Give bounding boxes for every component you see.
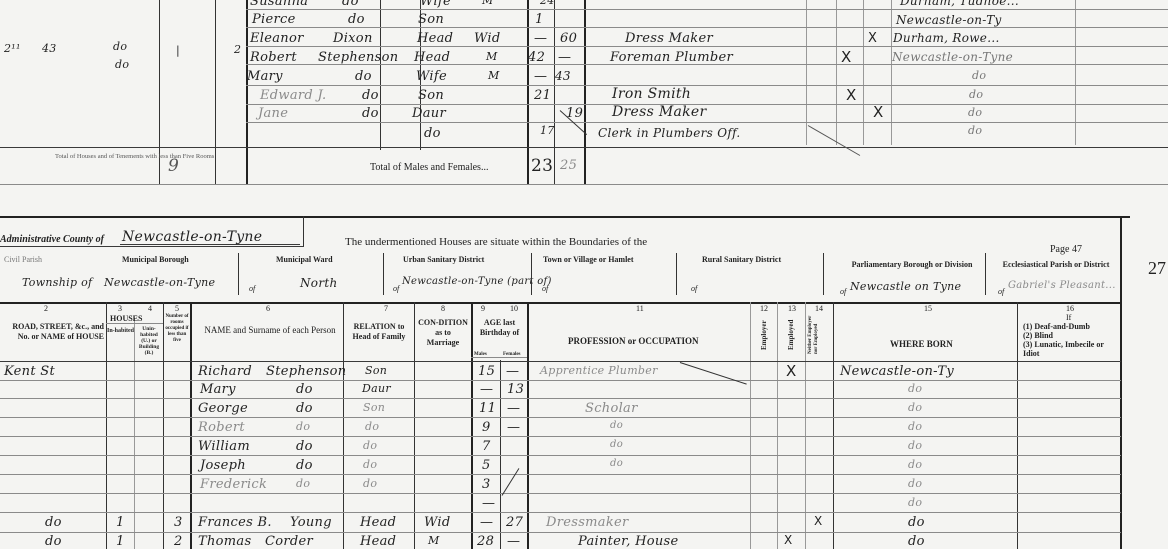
age-female: — bbox=[507, 420, 520, 435]
column-number: 2 bbox=[44, 304, 48, 313]
person-name: George bbox=[198, 401, 248, 416]
header-rooms: Number of rooms occupied if less than fi… bbox=[164, 314, 190, 344]
row-rule bbox=[0, 512, 1121, 513]
column-number: 5 bbox=[175, 304, 179, 313]
relation: Son bbox=[363, 401, 385, 414]
boundary-value-ward: North bbox=[300, 276, 338, 290]
employed-mark: X bbox=[846, 86, 856, 104]
occupation: Dressmaker bbox=[546, 515, 629, 530]
boundary-label-ecclesiastical: Ecclesiastical Parish or District bbox=[992, 260, 1120, 269]
row-rule bbox=[246, 27, 1168, 28]
header-if: If bbox=[1066, 313, 1071, 322]
person-surname: do bbox=[348, 12, 365, 27]
relation: Daur bbox=[412, 106, 446, 121]
person-surname: do bbox=[362, 106, 379, 121]
person-name: Thomas bbox=[198, 534, 251, 549]
row-rule bbox=[0, 417, 1121, 418]
person-name: Pierce bbox=[252, 12, 296, 27]
person-surname: Young bbox=[290, 515, 332, 530]
relation: Son bbox=[418, 12, 444, 27]
header-bottom-rule bbox=[0, 361, 1121, 362]
column-number: 10 bbox=[510, 304, 518, 313]
header-females: Females bbox=[503, 352, 521, 357]
of-prefix: of bbox=[998, 287, 1004, 296]
column-number: 4 bbox=[148, 304, 152, 313]
street-address: Kent St bbox=[4, 364, 55, 379]
row-rule bbox=[0, 184, 1168, 185]
person-surname: do bbox=[296, 401, 313, 416]
age-male: — bbox=[534, 31, 547, 46]
birthplace: do bbox=[969, 88, 983, 101]
column-number: 11 bbox=[636, 304, 644, 313]
column-number: 8 bbox=[441, 304, 445, 313]
occupation: do bbox=[610, 420, 623, 431]
header-condition: CON-DITION as to Marriage bbox=[418, 318, 468, 348]
person-name: Joseph bbox=[200, 458, 246, 473]
street-address: do bbox=[45, 534, 62, 549]
age-male: — bbox=[482, 496, 495, 511]
house-number: 43 bbox=[42, 42, 57, 55]
boundary-divider bbox=[531, 253, 532, 295]
of-prefix: of bbox=[840, 287, 846, 296]
boundary-label-rural-sanitary: Rural Sanitary District bbox=[702, 255, 781, 264]
relation: Son bbox=[365, 364, 387, 377]
birthplace: do bbox=[968, 106, 982, 119]
boundary-divider bbox=[238, 253, 239, 295]
occupation: Dress Maker bbox=[612, 104, 706, 120]
street-address: do bbox=[45, 515, 62, 530]
birthplace: do bbox=[908, 534, 925, 549]
condition: M bbox=[488, 69, 500, 82]
boundary-divider bbox=[676, 253, 677, 295]
schedule-number: 2¹¹ bbox=[4, 42, 21, 55]
person-surname: do bbox=[296, 458, 313, 473]
column-number: 14 bbox=[815, 304, 823, 313]
row-rule bbox=[0, 147, 1168, 148]
person-name: Edward J. bbox=[260, 88, 326, 103]
boundary-value-urban-sanitary: Newcastle-on-Tyne (part of) bbox=[402, 276, 552, 287]
of-prefix: of bbox=[542, 284, 548, 293]
relation: Head bbox=[360, 515, 396, 530]
employed-mark: X bbox=[784, 533, 792, 547]
of-prefix: of bbox=[249, 284, 255, 293]
column-rule bbox=[1075, 0, 1076, 145]
header-uninhabited: Unin-habited (U.) or Building (B.) bbox=[135, 326, 163, 356]
header-occupation: PROFESSION or OCCUPATION bbox=[568, 336, 699, 346]
boundary-label-parliamentary: Parliamentary Borough or Division bbox=[832, 260, 992, 269]
age-female: — bbox=[507, 401, 520, 416]
column-rule bbox=[380, 0, 381, 150]
condition: M bbox=[428, 534, 440, 547]
age-male: 15 bbox=[478, 364, 495, 379]
county-underline bbox=[120, 244, 300, 245]
header-males: Males bbox=[474, 352, 487, 357]
birthplace: Newcastle-on-Tyne bbox=[892, 50, 1013, 64]
employed-mark: X bbox=[786, 362, 796, 380]
boundary-value-ecclesiastical: Gabriel's Pleasant... bbox=[1008, 280, 1116, 291]
boundary-divider bbox=[985, 253, 986, 295]
houses-inhabited: | bbox=[176, 44, 180, 57]
column-number: 6 bbox=[266, 304, 270, 313]
age-male: 42 bbox=[528, 50, 545, 65]
county-value: Newcastle-on-Tyne bbox=[122, 229, 262, 245]
birthplace: do bbox=[908, 458, 922, 471]
page-number: Page 47 bbox=[1050, 244, 1082, 255]
person-name: Robert bbox=[198, 420, 245, 435]
age-male: 28 bbox=[477, 534, 494, 549]
header-inhabited: In-habited bbox=[107, 328, 134, 335]
boundary-intro: The undermentioned Houses are situate wi… bbox=[345, 236, 647, 248]
strike-line bbox=[808, 125, 860, 156]
person-surname: do bbox=[296, 477, 310, 490]
person-surname: do bbox=[355, 69, 372, 84]
header-top-rule bbox=[0, 302, 1121, 304]
persons-total-label: Total of Males and Females... bbox=[370, 162, 488, 173]
condition: Wid bbox=[424, 515, 451, 530]
males-total: 23 bbox=[531, 156, 553, 176]
street-ditto: do bbox=[113, 40, 127, 53]
person-surname: do bbox=[342, 0, 359, 9]
occupation: Apprentice Plumber bbox=[540, 364, 658, 377]
header-street: ROAD, STREET, &c., and No. or NAME of HO… bbox=[2, 322, 104, 342]
row-rule bbox=[246, 85, 1168, 86]
birthplace: Durham, Rowe... bbox=[893, 31, 1000, 45]
column-rule bbox=[891, 0, 892, 145]
relation: Head bbox=[414, 50, 450, 65]
row-rule bbox=[246, 9, 1168, 10]
own-account-mark: X bbox=[814, 514, 822, 528]
boundary-divider bbox=[823, 253, 824, 295]
person-name: Robert bbox=[250, 50, 297, 65]
header-own-account: Neither Employer nor Employed bbox=[808, 314, 820, 354]
age-male: — bbox=[480, 382, 493, 397]
header-where-born: WHERE BORN bbox=[890, 339, 953, 349]
column-number: 7 bbox=[384, 304, 388, 313]
row-rule bbox=[0, 455, 1121, 456]
birthplace: do bbox=[968, 124, 982, 137]
header-infirmity-2: (2) Blind bbox=[1023, 331, 1053, 340]
relation: Head bbox=[360, 534, 396, 549]
birthplace: do bbox=[908, 515, 925, 530]
boundary-value-parliamentary: Newcastle on Tyne bbox=[850, 280, 961, 293]
relation: do bbox=[363, 477, 377, 490]
occupation: Painter, House bbox=[578, 534, 679, 549]
birthplace: do bbox=[908, 401, 922, 414]
birthplace: do bbox=[908, 477, 922, 490]
age-male: — bbox=[480, 515, 493, 530]
boundary-label-town: Town or Village or Hamlet bbox=[543, 255, 634, 264]
boundary-label-civil-parish: Civil Parish bbox=[4, 255, 42, 264]
age-male: 9 bbox=[482, 420, 491, 435]
relation: Wife bbox=[416, 69, 447, 84]
relation: do bbox=[424, 126, 441, 141]
column-rule bbox=[863, 0, 864, 145]
page-right-rule bbox=[1120, 216, 1122, 549]
tenement-rooms: 2 bbox=[234, 43, 241, 56]
houses-inhabited: 1 bbox=[116, 515, 125, 530]
age-female: — bbox=[506, 364, 519, 379]
person-surname: Stephenson bbox=[318, 50, 398, 65]
row-rule bbox=[0, 436, 1121, 437]
occupation: Foreman Plumber bbox=[610, 50, 733, 65]
row-rule bbox=[246, 104, 1168, 105]
relation: Daur bbox=[362, 382, 391, 395]
birthplace: Durham, Tudhoe... bbox=[900, 0, 1019, 8]
strike-line bbox=[680, 362, 747, 385]
column-number: 9 bbox=[481, 304, 485, 313]
header-relation: RELATION to Head of Family bbox=[346, 322, 412, 342]
person-name: Mary bbox=[247, 69, 283, 84]
occupation: Dress Maker bbox=[625, 31, 713, 46]
row-rule bbox=[0, 380, 1121, 381]
age-male: 1 bbox=[535, 12, 544, 27]
age-male: 17 bbox=[540, 124, 555, 137]
person-surname: do bbox=[296, 420, 310, 433]
relation: Wife bbox=[420, 0, 451, 9]
boundary-label-urban-sanitary: Urban Sanitary District bbox=[403, 255, 484, 264]
birthplace: do bbox=[908, 496, 922, 509]
age-female: 13 bbox=[507, 382, 524, 397]
occupation: Scholar bbox=[585, 401, 638, 416]
row-rule bbox=[246, 46, 1168, 47]
relation: do bbox=[363, 458, 377, 471]
person-name: Mary bbox=[200, 382, 236, 397]
age-male: 5 bbox=[482, 458, 491, 473]
relation: do bbox=[363, 439, 377, 452]
age-male: 11 bbox=[479, 401, 496, 416]
header-houses: HOUSES bbox=[110, 314, 142, 323]
person-name: Susanna bbox=[250, 0, 308, 9]
relation: Head bbox=[417, 31, 453, 46]
column-rule bbox=[836, 0, 837, 145]
condition: M bbox=[482, 0, 494, 7]
rooms-count: 3 bbox=[174, 515, 183, 530]
row-rule bbox=[0, 474, 1121, 475]
age-female: 60 bbox=[560, 31, 577, 46]
header-employer: Employer bbox=[760, 320, 768, 350]
person-name: Frances B. bbox=[198, 515, 272, 530]
person-surname: do bbox=[296, 382, 313, 397]
strike-line bbox=[502, 468, 520, 496]
own-account-mark: X bbox=[868, 31, 877, 46]
header-age: AGE last Birthday of bbox=[472, 318, 527, 338]
person-name: Jane bbox=[258, 106, 288, 121]
column-number: 12 bbox=[760, 304, 768, 313]
county-box-rule bbox=[303, 216, 304, 246]
boundary-value-municipal-borough: Newcastle-on-Tyne bbox=[104, 276, 215, 289]
houses-inhabited: 1 bbox=[116, 534, 125, 549]
row-rule bbox=[0, 398, 1121, 399]
row-rule bbox=[0, 532, 1121, 533]
age-female: 24 bbox=[540, 0, 555, 7]
age-male: 21 bbox=[534, 88, 551, 103]
person-surname: Dixon bbox=[333, 31, 373, 46]
occupation: do bbox=[610, 439, 623, 450]
age-female: — bbox=[507, 534, 520, 549]
boundary-divider bbox=[383, 253, 384, 295]
column-rule bbox=[215, 0, 216, 185]
person-name: Richard bbox=[198, 364, 252, 379]
houses-subrule bbox=[106, 323, 163, 324]
boundary-label-ward: Municipal Ward bbox=[276, 255, 333, 264]
header-employed: Employed bbox=[787, 320, 795, 350]
birthplace: Newcastle-on-Ty bbox=[896, 13, 1002, 27]
row-rule bbox=[0, 493, 1121, 494]
relation: do bbox=[365, 420, 379, 433]
age-male: 3 bbox=[482, 477, 491, 492]
age-subrule bbox=[471, 357, 527, 358]
column-number: 13 bbox=[788, 304, 796, 313]
of-prefix: of bbox=[393, 284, 399, 293]
county-label: Administrative County of bbox=[0, 234, 104, 245]
county-box-rule bbox=[0, 246, 304, 247]
occupation: do bbox=[610, 458, 623, 469]
rooms-count: 2 bbox=[174, 534, 183, 549]
column-rule bbox=[806, 0, 807, 145]
birthplace: do bbox=[908, 439, 922, 452]
condition: Wid bbox=[474, 31, 501, 46]
of-prefix: of bbox=[691, 284, 697, 293]
relation: Son bbox=[418, 88, 444, 103]
column-number: 3 bbox=[118, 304, 122, 313]
person-surname: do bbox=[362, 88, 379, 103]
person-name: Eleanor bbox=[250, 31, 304, 46]
row-rule bbox=[246, 122, 1168, 123]
page-top-rule bbox=[0, 216, 1130, 218]
birthplace: do bbox=[972, 69, 986, 82]
column-number: 15 bbox=[924, 304, 932, 313]
houses-total-label: Total of Houses and of Tenements with le… bbox=[55, 153, 155, 160]
condition: M bbox=[486, 50, 498, 63]
header-infirmity-3: (3) Lunatic, Imbecile or Idiot bbox=[1023, 340, 1119, 358]
person-surname: Stephenson bbox=[266, 364, 346, 379]
boundary-value-civil-parish: Township of bbox=[22, 276, 92, 289]
person-surname: do bbox=[296, 439, 313, 454]
header-name: NAME and Surname of each Person bbox=[200, 325, 340, 336]
age-female: 27 bbox=[506, 515, 523, 530]
occupation: Iron Smith bbox=[612, 86, 691, 102]
age-female: — bbox=[558, 50, 571, 65]
folio-number: 27 bbox=[1148, 258, 1166, 279]
females-total: 25 bbox=[560, 158, 577, 173]
occupation: Clerk in Plumbers Off. bbox=[598, 126, 741, 140]
age-female: 43 bbox=[555, 69, 571, 83]
header-infirmity-1: (1) Deaf-and-Dumb bbox=[1023, 322, 1090, 331]
column-number: 16 bbox=[1066, 304, 1074, 313]
own-account-mark: X bbox=[873, 103, 883, 121]
person-name: Frederick bbox=[200, 477, 267, 492]
houses-total-value: 9 bbox=[168, 156, 179, 176]
birthplace: do bbox=[908, 382, 922, 395]
age-male: 7 bbox=[482, 439, 491, 454]
boundary-label-municipal-borough: Municipal Borough bbox=[122, 255, 189, 264]
birthplace: Newcastle-on-Ty bbox=[840, 364, 954, 379]
person-name: William bbox=[198, 439, 250, 454]
person-surname: Corder bbox=[265, 534, 313, 549]
employed-mark: X bbox=[841, 48, 851, 66]
birthplace: do bbox=[908, 420, 922, 433]
age-male: — bbox=[534, 69, 547, 84]
street-ditto: do bbox=[115, 58, 129, 71]
